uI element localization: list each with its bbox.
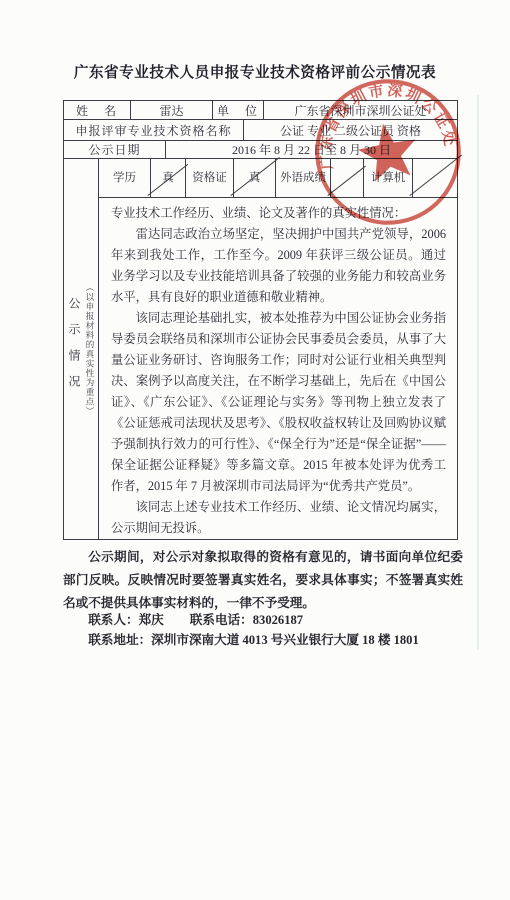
publicity-content: 专业技术工作经历、业绩、论文及著作的真实性情况： 雷达同志政治立场坚定，坚决拥护… — [99, 198, 457, 539]
slash-mark-icon — [147, 164, 188, 196]
unit-label: 单 位 — [213, 101, 264, 119]
name-label: 姓 名 — [64, 101, 131, 119]
education-label: 学历 — [99, 159, 151, 197]
qualification-label: 申报评审专业技术资格名称 — [64, 120, 244, 140]
unit-value: 广东省深圳市深圳公证处 — [264, 101, 457, 119]
vertical-title: 公示情况 — [66, 297, 83, 401]
content-paragraph-2: 该同志理论基础扎实，被本处推荐为中国公证协会业务指导委员会联络员和深圳市公证协会… — [111, 308, 446, 497]
contact-person: 联系人：郑庆 — [88, 610, 164, 630]
slash-mark-icon — [230, 157, 279, 196]
foreign-language-label: 外语成绩 — [276, 159, 331, 197]
publicity-inner: 学历 真 资格证 真 外语成绩 计算机 — [99, 159, 457, 539]
contact-address: 联系地址：深圳市深南大道 4013 号兴业银行大厦 18 楼 1801 — [88, 630, 419, 650]
content-paragraph-1: 雷达同志政治立场坚定，坚决拥护中国共产党领导，2006 年来到我处工作，工作至今… — [111, 224, 446, 308]
certificate-label: 资格证 — [186, 159, 234, 197]
qualification-value: 公证 专业 二级公证员 资格 — [244, 120, 457, 140]
publicity-situation-header: 公示情况 （以申报材料的真实性为重点） — [64, 159, 99, 539]
scanned-document-page: 广东省专业技术人员申报专业技术资格评前公示情况表 姓 名 雷达 单 位 广东省深… — [0, 0, 510, 900]
contact-line: 联系人：郑庆 联系电话：83026187 — [88, 610, 419, 630]
content-paragraph-3: 该同志上述专业技术工作经历、业绩、论文情况均属实，公示期间无投诉。 — [111, 497, 446, 539]
vertical-note: （以申报材料的真实性为重点） — [84, 283, 96, 416]
row-publicity-date: 公示日期 2016 年 8 月 22 日至 8 月 30 日 — [64, 141, 457, 159]
contact-phone: 联系电话：83026187 — [190, 610, 303, 630]
row-name-unit: 姓 名 雷达 单 位 广东省深圳市深圳公证处 — [64, 101, 457, 120]
foreign-language-check — [331, 159, 364, 197]
computer-label: 计算机 — [364, 159, 413, 197]
date-value: 2016 年 8 月 22 日至 8 月 30 日 — [166, 141, 457, 158]
contact-block: 联系人：郑庆 联系电话：83026187 联系地址：深圳市深南大道 4013 号… — [63, 610, 419, 650]
publicity-form-table: 姓 名 雷达 单 位 广东省深圳市深圳公证处 申报评审专业技术资格名称 公证 专… — [63, 100, 458, 540]
certificate-check: 真 — [234, 159, 276, 197]
name-value: 雷达 — [131, 101, 213, 119]
slash-mark-icon — [409, 155, 462, 196]
objection-notice: 公示期间，对公示对象拟取得的资格有意见的，请书面向单位纪委部门反映。反映情况时要… — [63, 546, 463, 615]
slash-mark-icon — [327, 166, 365, 196]
row-qualification: 申报评审专业技术资格名称 公证 专业 二级公证员 资格 — [64, 120, 457, 141]
verification-header-row: 学历 真 资格证 真 外语成绩 计算机 — [99, 159, 457, 198]
date-label: 公示日期 — [64, 141, 166, 158]
education-check: 真 — [151, 159, 186, 197]
content-heading: 专业技术工作经历、业绩、论文及著作的真实性情况： — [111, 203, 446, 224]
computer-check — [413, 159, 457, 197]
scanner-edge-artifact — [477, 95, 479, 650]
document-title: 广东省专业技术人员申报专业技术资格评前公示情况表 — [0, 61, 510, 82]
row-publicity-detail: 公示情况 （以申报材料的真实性为重点） 学历 真 资格证 真 外语成绩 — [64, 159, 457, 539]
